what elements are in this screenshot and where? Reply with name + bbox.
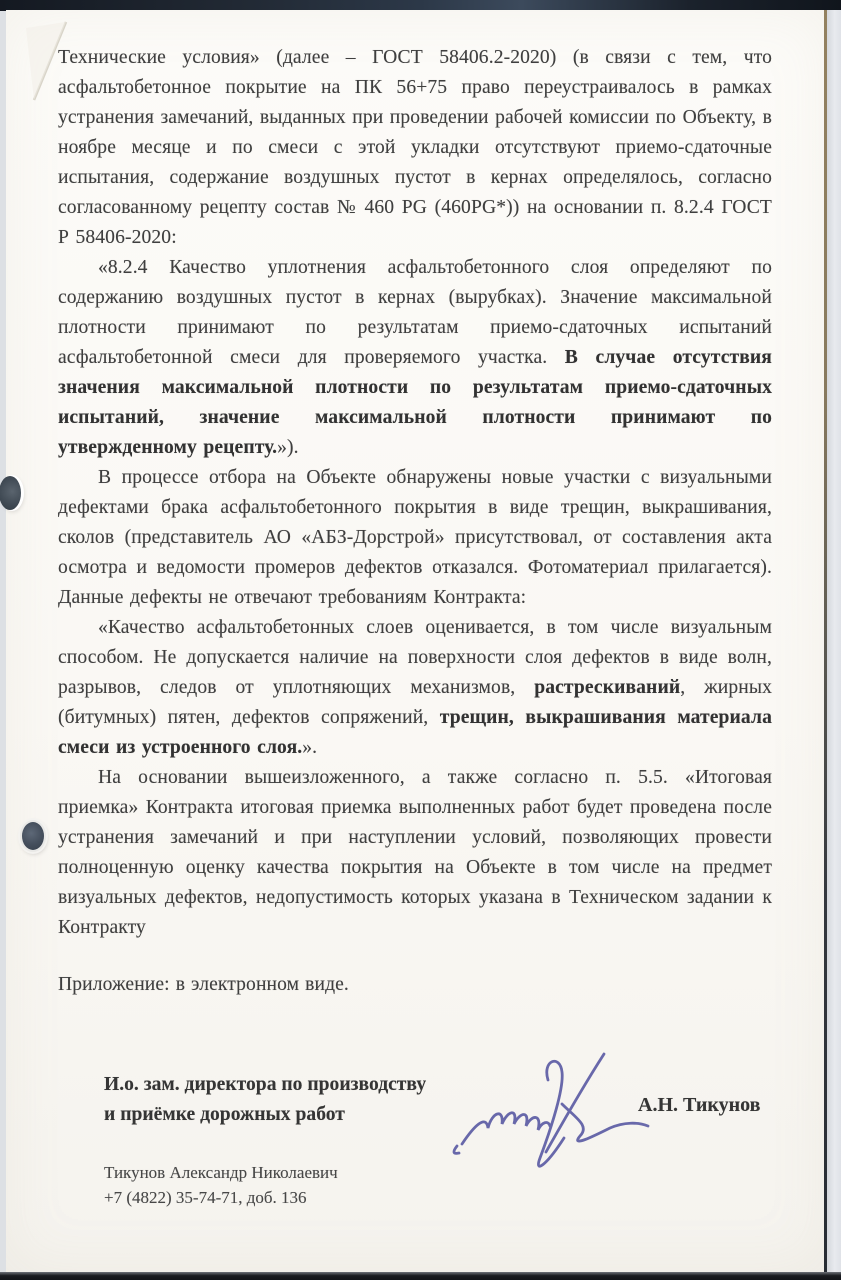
paragraph: На основании вышеизложенного, а также со… — [58, 763, 772, 943]
attachment-note: Приложение: в электронном виде. — [58, 970, 772, 1000]
background-edge-bottom — [0, 1272, 841, 1280]
paper-sheet: Технические условия» (далее – ГОСТ 58406… — [6, 10, 827, 1272]
paragraph: «Качество асфальтобетонных слоев оценива… — [58, 613, 772, 763]
paragraph: Технические условия» (далее – ГОСТ 58406… — [58, 43, 772, 253]
footer-contact: Тикунов Александр Николаевич +7 (4822) 3… — [104, 1160, 338, 1210]
footer-contact-phone: +7 (4822) 35-74-71, доб. 136 — [104, 1185, 338, 1210]
scanned-document-photo: Технические условия» (далее – ГОСТ 58406… — [0, 0, 841, 1280]
paper-right-edge — [824, 10, 827, 1272]
document-body: Технические условия» (далее – ГОСТ 58406… — [58, 43, 772, 1210]
paragraph: «8.2.4 Качество уплотнения асфальтобетон… — [58, 253, 772, 463]
document-paragraphs: Технические условия» (далее – ГОСТ 58406… — [58, 43, 772, 943]
underlying-sheet-edge — [825, 10, 841, 1273]
signature-position-title: И.о. зам. директора по производству и пр… — [104, 1070, 464, 1130]
punch-hole-top — [0, 476, 21, 510]
punch-hole-bottom — [20, 820, 46, 852]
signatory-name: А.Н. Тикунов — [638, 1094, 760, 1117]
signature-position-line1: И.о. зам. директора по производству — [104, 1070, 464, 1100]
paragraph: В процессе отбора на Объекте обнаружены … — [58, 463, 772, 613]
handwritten-signature — [450, 1038, 660, 1178]
signature-position-line2: и приёмке дорожных работ — [104, 1100, 464, 1130]
footer-contact-name: Тикунов Александр Николаевич — [104, 1160, 338, 1185]
